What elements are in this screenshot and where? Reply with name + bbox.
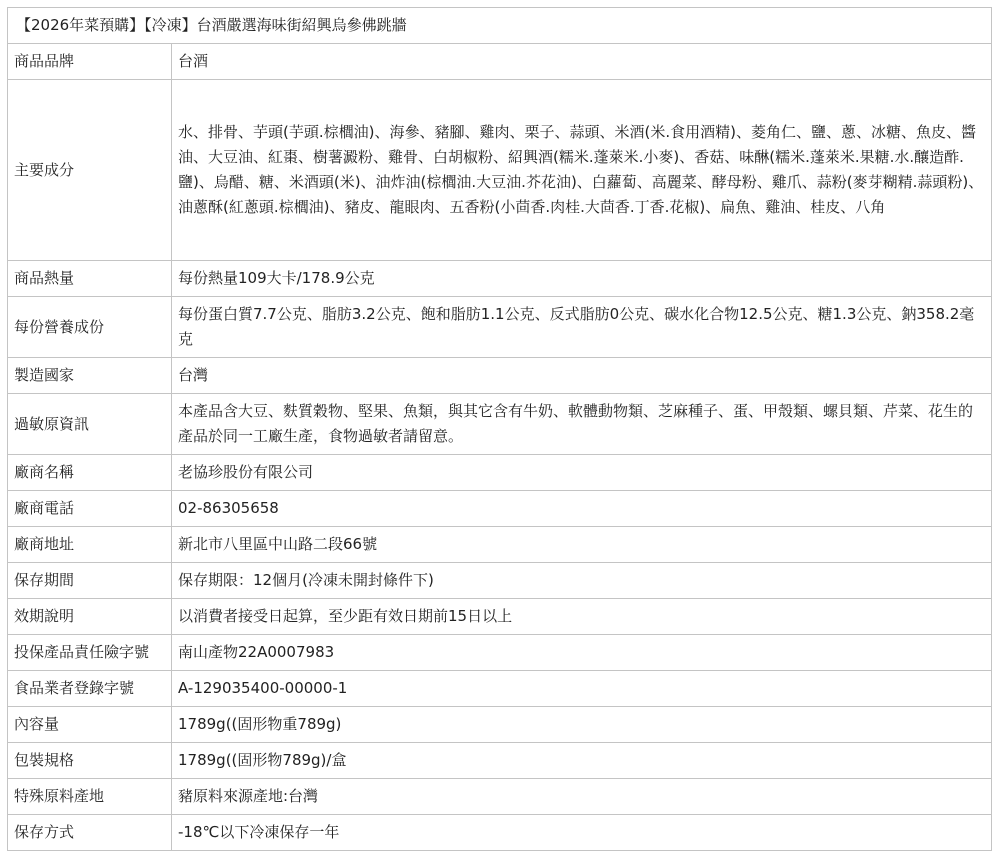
row-label: 特殊原料產地: [8, 779, 172, 815]
row-label: 商品品牌: [8, 44, 172, 80]
row-label: 過敏原資訊: [8, 394, 172, 455]
product-title: 【2026年菜預購】【冷凍】台酒嚴選海味街紹興烏參佛跳牆: [8, 8, 992, 44]
row-value: 老協珍股份有限公司: [172, 455, 992, 491]
row-value: 南山產物22A0007983: [172, 635, 992, 671]
table-row-registration-number: 食品業者登錄字號 A-129035400-00000-1: [8, 671, 992, 707]
row-label: 製造國家: [8, 358, 172, 394]
row-value: 新北市八里區中山路二段66號: [172, 527, 992, 563]
table-row-ingredients: 主要成分 水、排骨、芋頭(芋頭.棕櫚油)、海參、豬腳、雞肉、栗子、蒜頭、米酒(米…: [8, 80, 992, 261]
row-value: 本產品含大豆、麩質穀物、堅果、魚類，與其它含有牛奶、軟體動物類、芝麻種子、蛋、甲…: [172, 394, 992, 455]
table-row-insurance-number: 投保產品責任險字號 南山產物22A0007983: [8, 635, 992, 671]
row-value: -18℃以下冷凍保存一年: [172, 815, 992, 846]
table-row-net-content: 內容量 1789g((固形物重789g): [8, 707, 992, 743]
table-row-storage-method: 保存方式 -18℃以下冷凍保存一年: [8, 815, 992, 846]
table-row-manufacturer-phone: 廠商電話 02-86305658: [8, 491, 992, 527]
row-label: 效期說明: [8, 599, 172, 635]
row-value: 02-86305658: [172, 491, 992, 527]
table-row-package-spec: 包裝規格 1789g((固形物789g)/盒: [8, 743, 992, 779]
row-value: 豬原料來源產地:台灣: [172, 779, 992, 815]
row-label: 商品熱量: [8, 261, 172, 297]
row-value: 水、排骨、芋頭(芋頭.棕櫚油)、海參、豬腳、雞肉、栗子、蒜頭、米酒(米.食用酒精…: [172, 80, 992, 261]
row-label: 投保產品責任險字號: [8, 635, 172, 671]
row-label: 主要成分: [8, 80, 172, 261]
row-label: 保存方式: [8, 815, 172, 846]
row-value: 1789g((固形物重789g): [172, 707, 992, 743]
row-label: 每份營養成份: [8, 297, 172, 358]
table-row-manufacturer-address: 廠商地址 新北市八里區中山路二段66號: [8, 527, 992, 563]
row-value: 1789g((固形物789g)/盒: [172, 743, 992, 779]
table-row-country: 製造國家 台灣: [8, 358, 992, 394]
product-spec-table: 【2026年菜預購】【冷凍】台酒嚴選海味街紹興烏參佛跳牆 商品品牌 台酒 主要成…: [7, 7, 992, 845]
row-value: 每份蛋白質7.7公克、脂肪3.2公克、飽和脂肪1.1公克、反式脂肪0公克、碳水化…: [172, 297, 992, 358]
table-row-nutrition: 每份營養成份 每份蛋白質7.7公克、脂肪3.2公克、飽和脂肪1.1公克、反式脂肪…: [8, 297, 992, 358]
table-row-allergens: 過敏原資訊 本產品含大豆、麩質穀物、堅果、魚類，與其它含有牛奶、軟體動物類、芝麻…: [8, 394, 992, 455]
table-row-calories: 商品熱量 每份熱量109大卡/178.9公克: [8, 261, 992, 297]
row-label: 廠商地址: [8, 527, 172, 563]
row-label: 廠商電話: [8, 491, 172, 527]
row-value: 以消費者接受日起算，至少距有效日期前15日以上: [172, 599, 992, 635]
row-value: 台灣: [172, 358, 992, 394]
row-value: 保存期限：12個月(冷凍未開封條件下): [172, 563, 992, 599]
row-label: 內容量: [8, 707, 172, 743]
row-label: 包裝規格: [8, 743, 172, 779]
row-value: 台酒: [172, 44, 992, 80]
title-row: 【2026年菜預購】【冷凍】台酒嚴選海味街紹興烏參佛跳牆: [8, 8, 992, 44]
row-label: 食品業者登錄字號: [8, 671, 172, 707]
table-row-expiry-note: 效期說明 以消費者接受日起算，至少距有效日期前15日以上: [8, 599, 992, 635]
row-value: 每份熱量109大卡/178.9公克: [172, 261, 992, 297]
row-label: 保存期間: [8, 563, 172, 599]
row-value: A-129035400-00000-1: [172, 671, 992, 707]
table-row-manufacturer-name: 廠商名稱 老協珍股份有限公司: [8, 455, 992, 491]
table-row-shelf-life: 保存期間 保存期限：12個月(冷凍未開封條件下): [8, 563, 992, 599]
table-row-raw-material-origin: 特殊原料產地 豬原料來源產地:台灣: [8, 779, 992, 815]
row-label: 廠商名稱: [8, 455, 172, 491]
table-row-brand: 商品品牌 台酒: [8, 44, 992, 80]
